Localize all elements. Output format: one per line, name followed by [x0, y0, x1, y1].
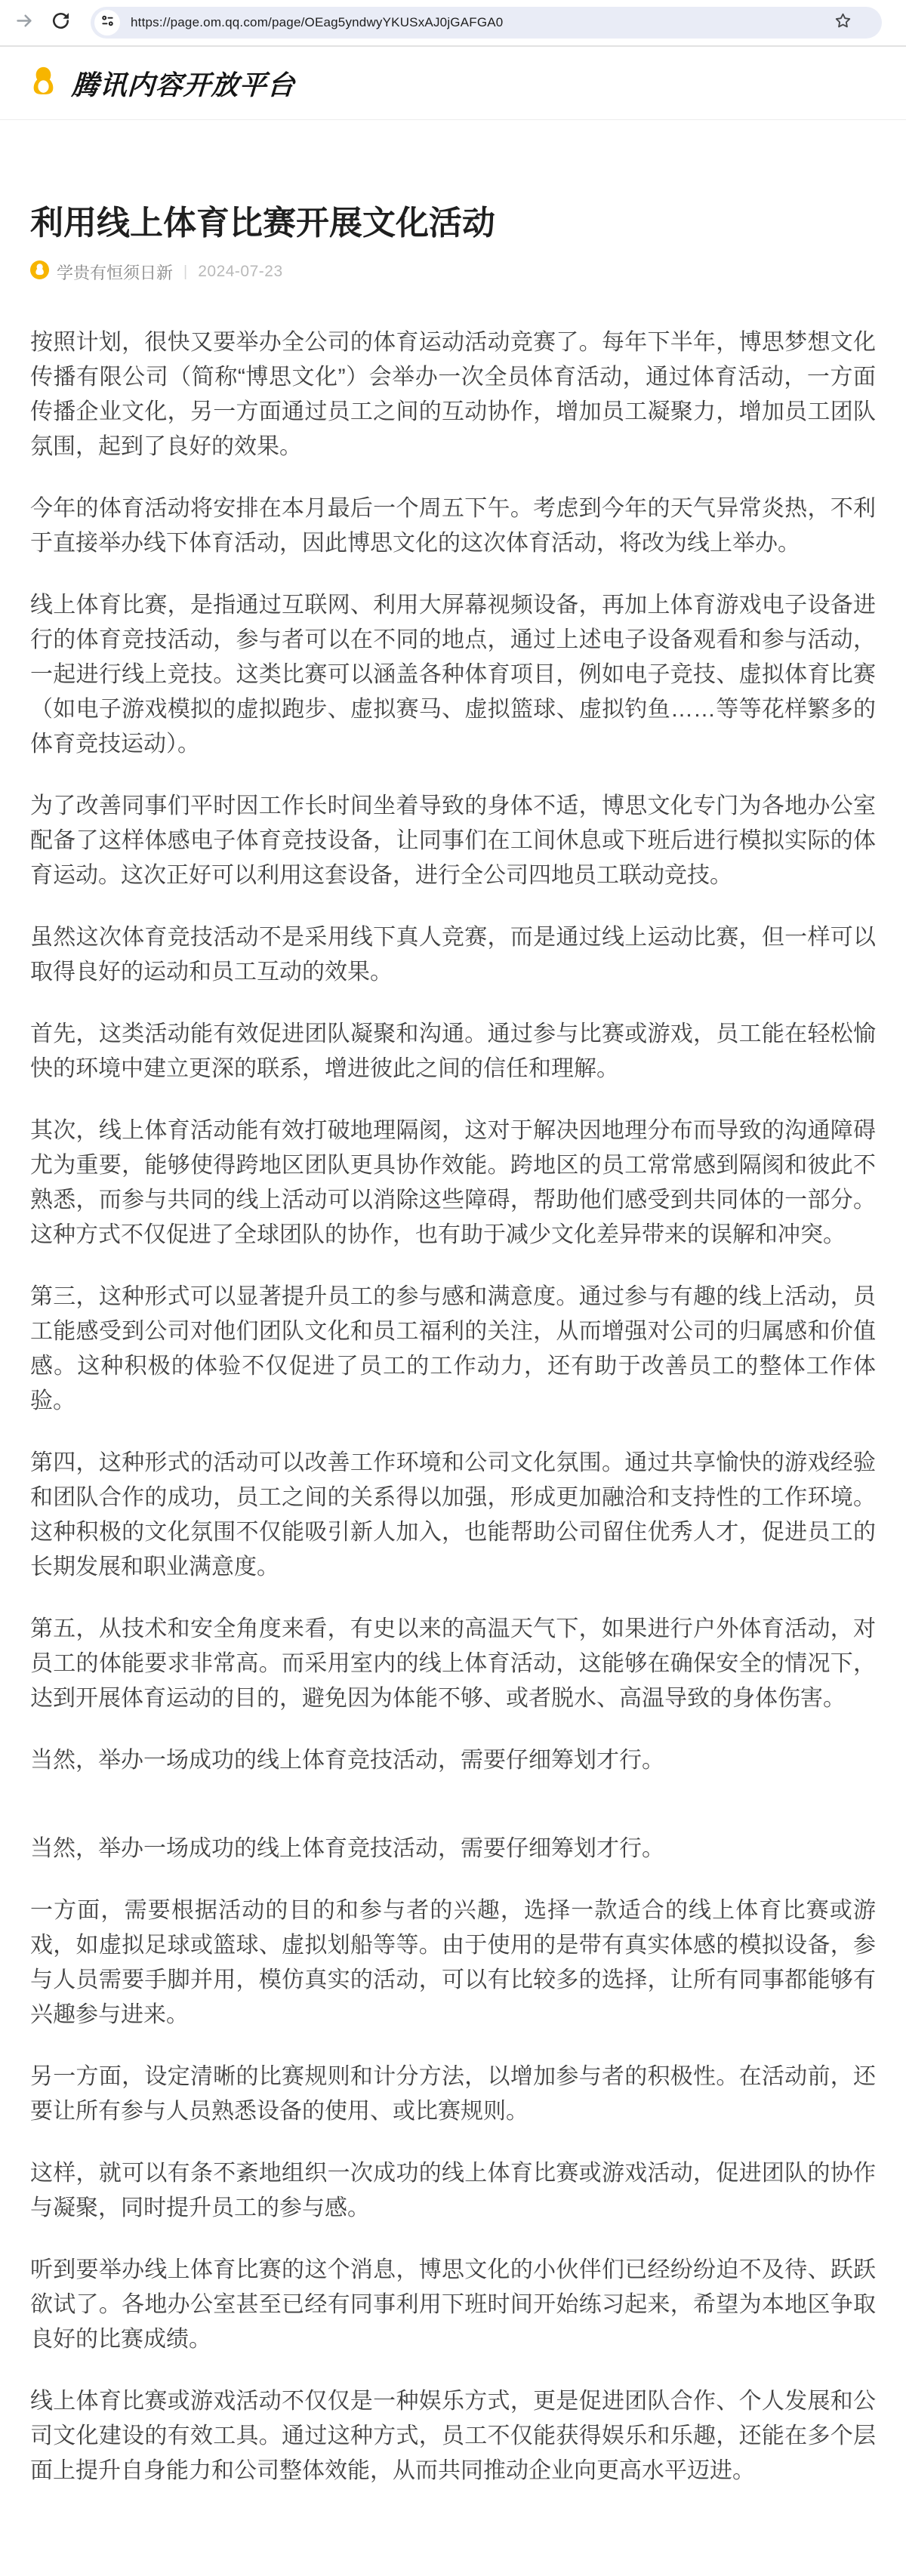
browser-toolbar: https://page.om.qq.com/page/OEag5yndwyYK… — [0, 0, 906, 47]
article-paragraph: 当然，举办一场成功的线上体育竞技活动，需要仔细筹划才行。 — [30, 1743, 876, 1778]
penguin-logo — [30, 66, 57, 100]
brand-title[interactable]: 腾讯内容开放平台 — [71, 64, 297, 103]
forward-arrow-icon — [14, 11, 35, 35]
publish-date: 2024-07-23 — [198, 263, 282, 281]
article-paragraph: 虽然这次体育竞技活动不是采用线下真人竞赛，而是通过线上运动比赛，但一样可以取得良… — [30, 920, 876, 990]
author-name[interactable]: 学贵有恒须日新 — [57, 260, 173, 284]
article-paragraph: 按照计划，很快又要举办全公司的体育运动活动竞赛了。每年下半年，博思梦想文化传播有… — [30, 325, 876, 464]
article-paragraph: 一方面，需要根据活动的目的和参与者的兴趣，选择一款适合的线上体育比赛或游戏，如虚… — [30, 1893, 876, 2032]
article-paragraph: 为了改善同事们平时因工作长时间坐着导致的身体不适，博思文化专门为各地办公室配备了… — [30, 789, 876, 893]
author-avatar[interactable] — [30, 260, 49, 283]
reload-icon — [51, 11, 71, 35]
article-paragraph: 线上体育比赛，是指通过互联网、利用大屏幕视频设备，再加上体育游戏电子设备进行的体… — [30, 588, 876, 762]
url-text[interactable]: https://page.om.qq.com/page/OEag5yndwyYK… — [131, 15, 503, 30]
article-paragraph: 今年的体育活动将安排在本月最后一个周五下午。考虑到今年的天气异常炎热，不利于直接… — [30, 491, 876, 561]
article-paragraph: 线上体育比赛或游戏活动不仅仅是一种娱乐方式，更是促进团队合作、个人发展和公司文化… — [30, 2384, 876, 2488]
article: 利用线上体育比赛开展文化活动 学贵有恒须日新 | 2024-07-23 按照计划… — [0, 205, 906, 2576]
article-paragraph: 首先，这类活动能有效促进团队凝聚和沟通。通过参与比赛或游戏，员工能在轻松愉快的环… — [30, 1017, 876, 1086]
article-paragraph: 第五，从技术和安全角度来看，有史以来的高温天气下，如果进行户外体育活动，对员工的… — [30, 1612, 876, 1716]
article-paragraph: 听到要举办线上体育比赛的这个消息，博思文化的小伙伴们已经纷纷迫不及待、跃跃欲试了… — [30, 2253, 876, 2357]
site-header: 腾讯内容开放平台 — [0, 47, 906, 120]
article-title: 利用线上体育比赛开展文化活动 — [30, 205, 876, 242]
article-paragraph: 第三，这种形式可以显著提升员工的参与感和满意度。通过参与有趣的线上活动，员工能感… — [30, 1280, 876, 1419]
article-paragraph: 第四，这种形式的活动可以改善工作环境和公司文化氛围。通过共享愉快的游戏经验和团队… — [30, 1446, 876, 1585]
site-info-button[interactable] — [94, 10, 120, 35]
author-row: 学贵有恒须日新 | 2024-07-23 — [30, 262, 876, 282]
article-paragraph: 另一方面，设定清晰的比赛规则和计分方法，以增加参与者的积极性。在活动前，还要让所… — [30, 2060, 876, 2129]
address-bar[interactable]: https://page.om.qq.com/page/OEag5yndwyYK… — [91, 7, 882, 39]
article-body: 按照计划，很快又要举办全公司的体育运动活动竞赛了。每年下半年，博思梦想文化传播有… — [30, 325, 876, 2488]
author-date-separator: | — [183, 263, 187, 281]
reload-button[interactable] — [45, 8, 75, 38]
article-paragraph: 当然，举办一场成功的线上体育竞技活动，需要仔细筹划才行。 — [30, 1832, 876, 1866]
bookmark-button[interactable] — [834, 14, 852, 32]
tune-icon — [100, 14, 115, 32]
star-icon — [834, 11, 852, 34]
article-paragraph: 其次，线上体育活动能有效打破地理隔阂，这对于解决因地理分布而导致的沟通障碍尤为重… — [30, 1114, 876, 1253]
article-paragraph: 这样，就可以有条不紊地组织一次成功的线上体育比赛或游戏活动，促进团队的协作与凝聚… — [30, 2156, 876, 2226]
forward-button[interactable] — [9, 8, 39, 38]
